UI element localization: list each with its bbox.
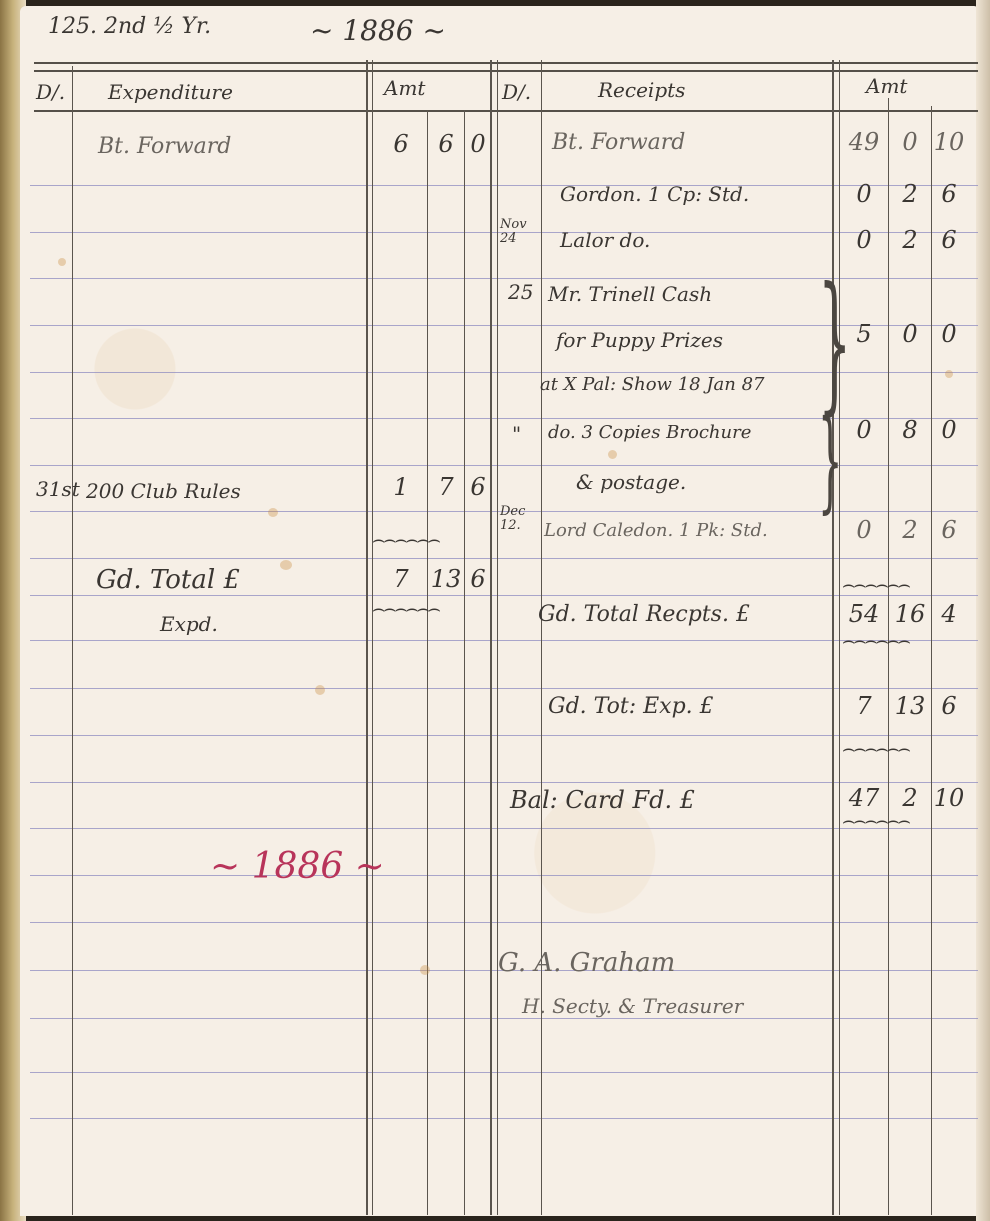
- column-line: [427, 110, 428, 1215]
- rec-pounds: 0: [842, 516, 886, 544]
- column-line: [372, 60, 373, 1215]
- exp-pence: 6: [466, 473, 490, 501]
- header-rule: [34, 62, 978, 64]
- exp-total-sublabel: Expd.: [160, 612, 218, 636]
- rec-amount-heading: Amt: [866, 74, 907, 98]
- rec-date: 25: [508, 280, 533, 304]
- ruling-line: [30, 735, 978, 736]
- rec-description: do. 3 Copies Brochure: [548, 422, 751, 443]
- rec-description-heading: Receipts: [598, 78, 685, 102]
- rec-description: Lalor do.: [560, 228, 650, 252]
- rec-date: ": [512, 422, 521, 446]
- rec-shillings: 8: [890, 416, 930, 444]
- exp-pounds: 1: [378, 473, 424, 501]
- rec-shillings: 2: [890, 180, 930, 208]
- exp-total-pence: 6: [466, 565, 490, 593]
- column-line: [839, 60, 840, 1215]
- rec-shillings: 2: [890, 516, 930, 544]
- total-underline-mark: ⌢⌢⌢⌢⌢⌢: [372, 596, 439, 620]
- exp-date-heading: D/.: [36, 80, 65, 104]
- column-line: [366, 60, 368, 1215]
- ruling-line: [30, 922, 978, 923]
- rec-description: Gordon. 1 Cp: Std.: [560, 182, 749, 206]
- rec-exp-total-pence: 6: [933, 692, 965, 720]
- rec-exp-total-pounds: 7: [842, 692, 886, 720]
- rec-description: Lord Caledon. 1 Pk: Std.: [544, 520, 768, 541]
- ruling-line: [30, 875, 978, 876]
- exp-total-label: Gd. Total £: [96, 565, 240, 595]
- rec-pounds: 0: [842, 416, 886, 444]
- ledger-page: [20, 6, 978, 1216]
- exp-amount-heading: Amt: [384, 76, 425, 100]
- exp-description: 200 Club Rules: [86, 479, 241, 503]
- total-underline-mark: ⌢⌢⌢⌢⌢⌢: [842, 736, 909, 760]
- rec-total-pounds: 54: [842, 600, 886, 628]
- rec-description: Mr. Trinell Cash: [548, 282, 712, 306]
- column-line: [832, 60, 834, 1215]
- exp-total-shillings: 13: [430, 565, 462, 593]
- balance-pence: 10: [933, 784, 965, 812]
- exp-pence: 0: [466, 130, 490, 158]
- signature-name: G. A. Graham: [498, 948, 675, 978]
- ruling-line: [30, 185, 978, 186]
- ruling-line: [30, 828, 978, 829]
- balance-label: Bal: Card Fd. £: [510, 786, 695, 814]
- rec-total-pence: 4: [933, 600, 965, 628]
- total-underline-mark: ⌢⌢⌢⌢⌢⌢: [842, 572, 909, 596]
- foxing-spot: [608, 450, 617, 459]
- foxing-spot: [268, 508, 278, 517]
- rec-pence: 6: [933, 180, 965, 208]
- signature-title: H. Secty. & Treasurer: [522, 994, 743, 1018]
- exp-description-heading: Expenditure: [108, 80, 233, 104]
- column-line: [464, 110, 465, 1215]
- ruling-line: [30, 1018, 978, 1019]
- rec-date-heading: D/.: [502, 80, 531, 104]
- ruling-line: [30, 688, 978, 689]
- rec-pounds: 0: [842, 180, 886, 208]
- exp-total-pounds: 7: [378, 565, 424, 593]
- page-edge: [976, 0, 990, 1221]
- total-underline-mark: ⌢⌢⌢⌢⌢⌢: [842, 808, 909, 832]
- red-year-stamp: ~ 1886 ~: [210, 846, 385, 887]
- total-underline-mark: ⌢⌢⌢⌢⌢⌢: [842, 628, 909, 652]
- total-underline-mark: ⌢⌢⌢⌢⌢⌢: [372, 527, 439, 551]
- foxing-spot: [315, 685, 325, 695]
- column-line: [541, 60, 542, 1215]
- rec-pence: 6: [933, 516, 965, 544]
- exp-description: Bt. Forward: [98, 134, 231, 159]
- rec-description: for Puppy Prizes: [556, 328, 723, 352]
- column-line: [931, 106, 932, 1215]
- column-line: [72, 66, 73, 1215]
- exp-pounds: 6: [378, 130, 424, 158]
- rec-shillings: 2: [890, 226, 930, 254]
- rec-shillings: 0: [890, 320, 930, 348]
- exp-date: 31st: [36, 477, 80, 501]
- exp-shillings: 7: [430, 473, 462, 501]
- foxing-spot: [280, 560, 292, 570]
- rec-pence: 10: [933, 128, 965, 156]
- folio-label: 125. 2nd ½ Yr.: [48, 14, 211, 39]
- rec-pence: 0: [933, 320, 965, 348]
- exp-shillings: 6: [430, 130, 462, 158]
- ruling-line: [30, 1072, 978, 1073]
- column-line: [497, 60, 498, 1215]
- rec-date: Nov 24: [500, 218, 540, 246]
- ruling-line: [30, 782, 978, 783]
- rec-description: Bt. Forward: [552, 130, 685, 155]
- foxing-spot: [58, 258, 66, 266]
- header-rule: [34, 70, 978, 72]
- year-heading: ~ 1886 ~: [310, 14, 446, 47]
- rec-description: & postage.: [576, 470, 686, 494]
- column-line: [888, 98, 889, 1215]
- bracket-brace: }: [818, 405, 843, 515]
- rec-pounds: 0: [842, 226, 886, 254]
- rec-pounds: 49: [842, 128, 886, 156]
- ruling-line: [30, 640, 978, 641]
- ruling-line: [30, 595, 978, 596]
- column-line: [490, 60, 492, 1215]
- ruling-line: [30, 1118, 978, 1119]
- rec-pence: 6: [933, 226, 965, 254]
- rec-description: at X Pal: Show 18 Jan 87: [540, 374, 764, 395]
- header-rule: [34, 110, 978, 112]
- rec-shillings: 0: [890, 128, 930, 156]
- rec-exp-total-shillings: 13: [890, 692, 930, 720]
- rec-total-label: Gd. Total Recpts. £: [538, 602, 750, 627]
- rec-date: Dec 12.: [500, 505, 540, 533]
- foxing-spot: [420, 965, 430, 975]
- rec-pence: 0: [933, 416, 965, 444]
- rec-total-shillings: 16: [890, 600, 930, 628]
- ruling-line: [30, 558, 978, 559]
- rec-exp-total-label: Gd. Tot: Exp. £: [548, 694, 714, 719]
- foxing-spot: [945, 370, 953, 378]
